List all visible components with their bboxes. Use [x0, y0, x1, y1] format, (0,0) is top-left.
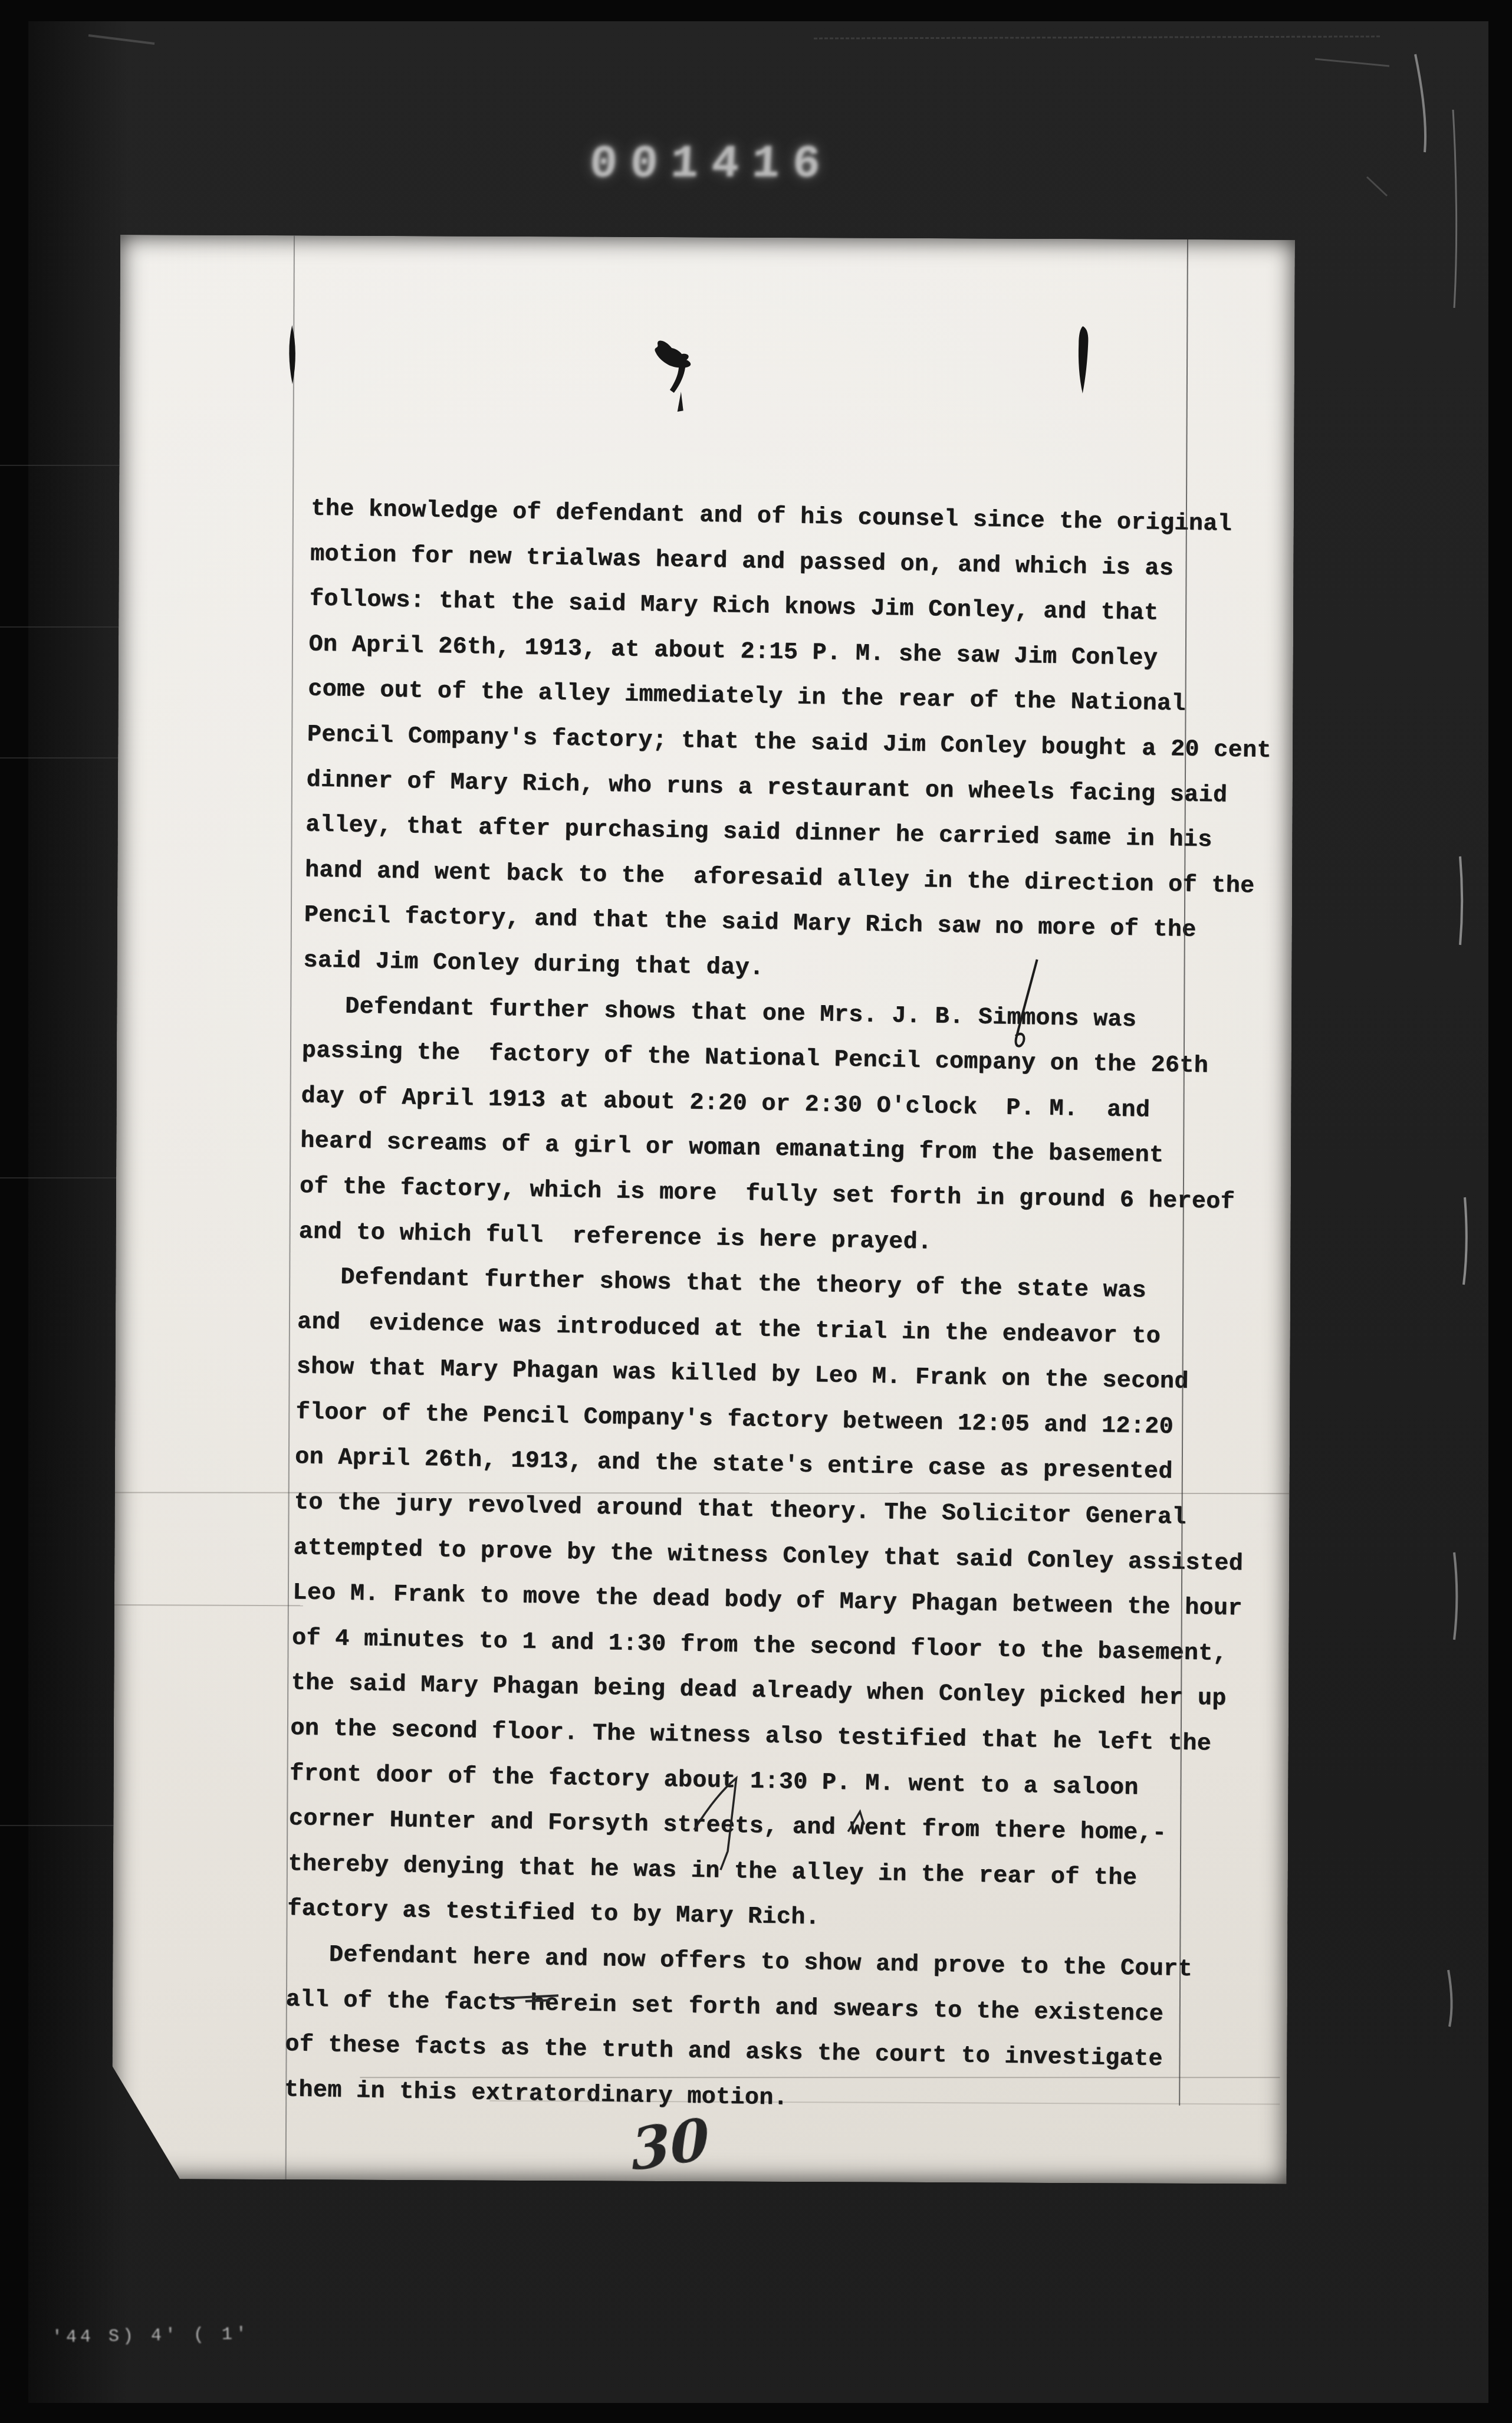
vertical-ink-stroke-top-right — [1079, 326, 1089, 393]
margin-scratch-line — [0, 626, 121, 628]
margin-scratch-line — [0, 465, 124, 466]
handwritten-page-number: 30 — [630, 2106, 711, 2185]
margin-scratch-line — [0, 757, 123, 759]
stray-pencil-line — [114, 1604, 303, 1606]
arrow-ink-tail — [678, 392, 683, 412]
document-page: the knowledge of defendant and of his co… — [112, 235, 1295, 2184]
photostat-scan: 001416 the knowledge of defendant and of… — [0, 0, 1512, 2423]
arrow-ink-blot-top-center — [655, 341, 691, 393]
vertical-ink-stroke-top-left — [289, 325, 295, 384]
film-frame-number-stamp: 001416 — [589, 139, 834, 191]
typed-text-block: the knowledge of defendant and of his co… — [284, 487, 1278, 2129]
margin-scratch-line — [0, 1825, 121, 1826]
margin-scratch-line — [0, 1177, 121, 1178]
margin-scribble: '44 S) 4' ( 1' — [52, 2324, 251, 2348]
